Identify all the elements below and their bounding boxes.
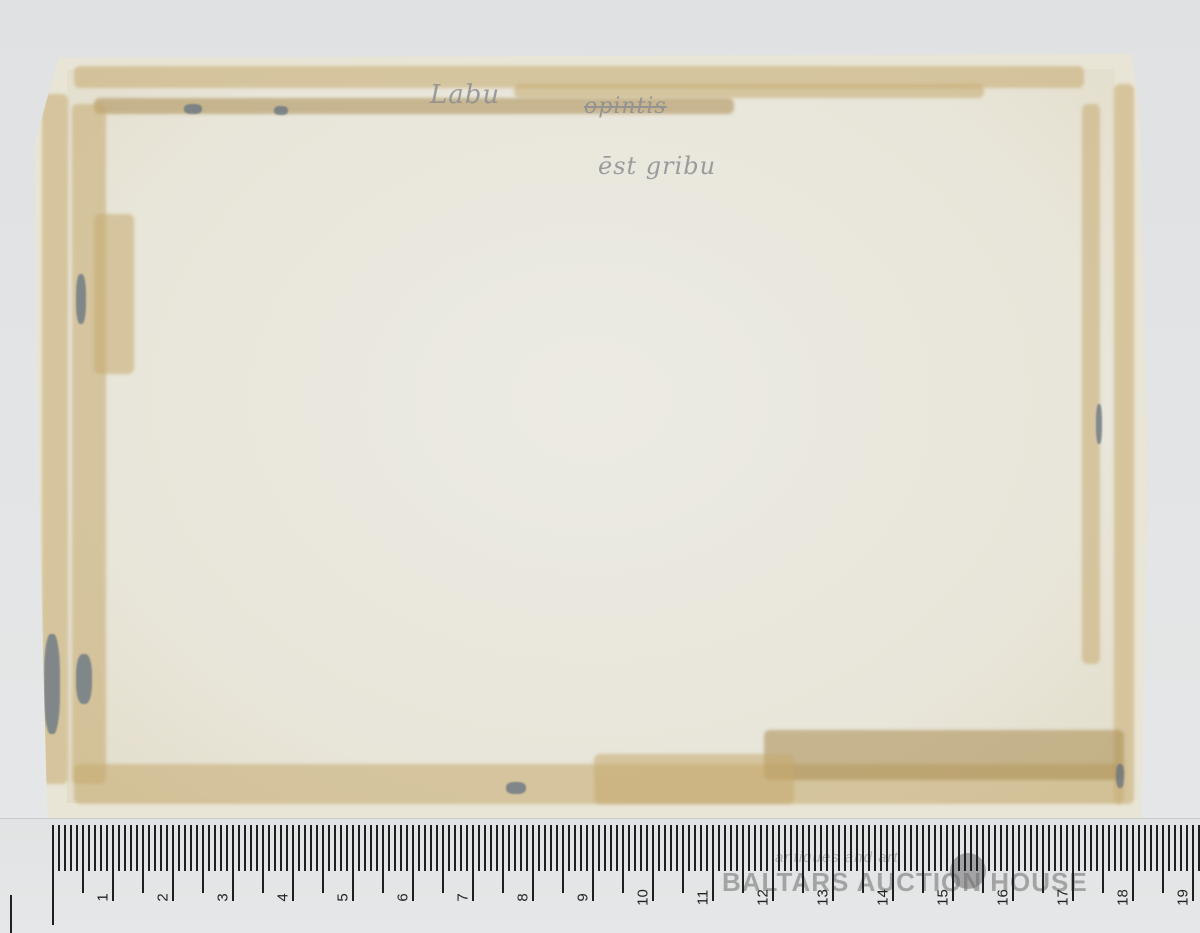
ruler-tick xyxy=(232,825,234,901)
ruler-tick xyxy=(418,825,420,871)
ruler-tick xyxy=(142,825,144,893)
ruler-tick xyxy=(268,825,270,871)
ruler-tick xyxy=(688,825,690,871)
ruler-tick xyxy=(742,825,744,893)
centimeter-ruler: antiques and art BALTARS AUCTION HOUSE 1… xyxy=(0,818,1200,933)
ruler-tick xyxy=(220,825,222,871)
ruler-tick xyxy=(628,825,630,871)
ruler-tick xyxy=(748,825,750,871)
ruler-tick xyxy=(406,825,408,871)
ruler-tick xyxy=(550,825,552,871)
ruler-tick xyxy=(256,825,258,871)
ruler-tick xyxy=(382,825,384,893)
ruler-tick xyxy=(1072,825,1074,901)
ruler-tick xyxy=(532,825,534,901)
inscription-struck-word: opintis xyxy=(584,94,667,119)
ruler-label: 15 xyxy=(935,887,952,909)
ruler-tick xyxy=(70,825,72,871)
ruler-tick xyxy=(328,825,330,871)
ruler-tick xyxy=(112,825,114,901)
ruler-tick xyxy=(226,825,228,871)
ruler-tick xyxy=(334,825,336,871)
ruler-tick xyxy=(208,825,210,871)
ruler-tick xyxy=(856,825,858,871)
ruler-tick xyxy=(250,825,252,871)
ruler-tick xyxy=(778,825,780,871)
ruler-tick xyxy=(802,825,804,893)
ruler-tick xyxy=(508,825,510,871)
ruler-tick xyxy=(76,825,78,871)
ruler-tick xyxy=(940,825,942,871)
ruler-tick xyxy=(472,825,474,901)
spot-left-3 xyxy=(76,654,92,704)
spot-top-1 xyxy=(184,104,202,114)
ruler-tick xyxy=(946,825,948,871)
ruler-label: 5 xyxy=(335,887,352,909)
ruler-tick xyxy=(154,825,156,871)
ruler-tick xyxy=(844,825,846,871)
ruler-tick xyxy=(358,825,360,871)
ruler-tick xyxy=(832,825,834,901)
ruler-tick xyxy=(160,825,162,871)
ruler-tick xyxy=(448,825,450,871)
ruler-tick xyxy=(574,825,576,871)
ruler-tick xyxy=(190,825,192,871)
ruler-tick xyxy=(934,825,936,871)
ruler-tick xyxy=(526,825,528,871)
ruler-tick xyxy=(304,825,306,871)
ruler-label: 4 xyxy=(275,887,292,909)
ruler-tick xyxy=(394,825,396,871)
ruler-tick xyxy=(718,825,720,871)
ruler-tick xyxy=(316,825,318,871)
stain-right-outer xyxy=(1114,84,1134,804)
ruler-tick xyxy=(676,825,678,871)
ruler-tick xyxy=(82,825,84,893)
ruler-tick xyxy=(520,825,522,871)
ruler-label: 2 xyxy=(155,887,172,909)
ruler-tick xyxy=(274,825,276,871)
ruler-tick xyxy=(1192,825,1194,901)
ruler-tick xyxy=(1156,825,1158,871)
ruler-tick xyxy=(280,825,282,871)
ruler-tick xyxy=(1120,825,1122,871)
ruler-tick xyxy=(544,825,546,871)
ruler-tick xyxy=(1054,825,1056,871)
ruler-tick xyxy=(1186,825,1188,871)
ruler-tick xyxy=(1036,825,1038,871)
ruler-tick xyxy=(580,825,582,871)
ruler-tick xyxy=(772,825,774,901)
ruler-tick xyxy=(868,825,870,871)
ruler-tick xyxy=(790,825,792,871)
ruler-tick xyxy=(1090,825,1092,871)
ruler-tick xyxy=(1084,825,1086,871)
ruler-tick xyxy=(466,825,468,871)
ruler-tick xyxy=(1144,825,1146,871)
ruler-tick xyxy=(814,825,816,871)
ruler-label: 1 xyxy=(95,887,112,909)
ruler-tick xyxy=(988,825,990,871)
ruler-tick xyxy=(556,825,558,871)
ruler-label: 14 xyxy=(875,887,892,909)
ruler-tick xyxy=(178,825,180,871)
ruler-tick xyxy=(616,825,618,871)
ruler-tick xyxy=(586,825,588,871)
ruler-tick xyxy=(976,825,978,871)
card-center-area xyxy=(67,69,1114,802)
ruler-tick xyxy=(1096,825,1098,871)
ruler-tick xyxy=(1168,825,1170,871)
ruler-label: 18 xyxy=(1115,887,1132,909)
ruler-tick xyxy=(664,825,666,871)
ruler-tick xyxy=(766,825,768,871)
ruler-tick xyxy=(196,825,198,871)
ruler-tick xyxy=(118,825,120,871)
spot-top-2 xyxy=(274,106,288,115)
ruler-tick xyxy=(436,825,438,871)
ruler-tick xyxy=(202,825,204,893)
ruler-tick xyxy=(862,825,864,893)
ruler-tick xyxy=(346,825,348,871)
ruler-tick xyxy=(262,825,264,893)
ruler-tick xyxy=(712,825,714,901)
ruler-tick xyxy=(292,825,294,901)
ruler-tick xyxy=(124,825,126,871)
ruler-tick xyxy=(808,825,810,871)
ruler-tick xyxy=(982,825,984,893)
ruler-tick xyxy=(136,825,138,871)
ruler-edge-mark xyxy=(10,895,12,933)
ruler-tick xyxy=(952,825,954,901)
ruler-tick xyxy=(760,825,762,871)
ruler-label: 3 xyxy=(215,887,232,909)
ruler-tick xyxy=(286,825,288,871)
ruler-tick xyxy=(850,825,852,871)
ruler-label: 7 xyxy=(455,887,472,909)
ruler-tick xyxy=(1162,825,1164,893)
ruler-tick xyxy=(784,825,786,871)
stain-bottom-center xyxy=(594,754,794,804)
ruler-tick xyxy=(454,825,456,871)
ruler-tick xyxy=(706,825,708,871)
ruler-tick xyxy=(184,825,186,871)
ruler-tick xyxy=(442,825,444,893)
ruler-tick xyxy=(736,825,738,871)
ruler-label: 13 xyxy=(815,887,832,909)
ruler-tick xyxy=(1150,825,1152,871)
photo-mount-card: Labu opintis ēst gribu xyxy=(34,54,1148,818)
ruler-tick xyxy=(928,825,930,871)
ruler-tick xyxy=(904,825,906,871)
ruler-tick xyxy=(88,825,90,871)
ruler-tick xyxy=(148,825,150,871)
ruler-tick xyxy=(1030,825,1032,871)
ruler-tick xyxy=(364,825,366,871)
ruler-tick xyxy=(490,825,492,871)
ruler-tick xyxy=(1066,825,1068,871)
ruler-tick xyxy=(598,825,600,871)
ruler-tick xyxy=(838,825,840,871)
ruler-tick xyxy=(130,825,132,871)
ruler-tick xyxy=(994,825,996,871)
ruler-tick xyxy=(634,825,636,871)
ruler-tick xyxy=(958,825,960,871)
ruler-tick xyxy=(238,825,240,871)
ruler-tick xyxy=(478,825,480,871)
stain-right-inner xyxy=(1082,104,1100,664)
ruler-tick xyxy=(496,825,498,871)
ruler-tick xyxy=(298,825,300,871)
ruler-tick xyxy=(538,825,540,871)
ruler-tick xyxy=(58,825,60,871)
spot-right-2 xyxy=(1116,764,1124,788)
ruler-tick xyxy=(700,825,702,871)
ruler-label: 17 xyxy=(1055,887,1072,909)
ruler-tick xyxy=(658,825,660,871)
ruler-tick xyxy=(724,825,726,871)
ruler-tick xyxy=(352,825,354,901)
ruler-tick xyxy=(424,825,426,871)
ruler-tick xyxy=(370,825,372,871)
ruler-label: 9 xyxy=(575,887,592,909)
ruler-tick xyxy=(1012,825,1014,901)
ruler-tick xyxy=(172,825,174,901)
ruler-label: 8 xyxy=(515,887,532,909)
ruler-tick xyxy=(898,825,900,871)
ruler-tick xyxy=(376,825,378,871)
ruler-tick xyxy=(1048,825,1050,871)
ruler-tick xyxy=(562,825,564,893)
ruler-tick xyxy=(1108,825,1110,871)
ruler-tick xyxy=(1060,825,1062,871)
ruler-tick xyxy=(1018,825,1020,871)
ruler-tick xyxy=(244,825,246,871)
ruler-tick xyxy=(670,825,672,871)
ruler-tick xyxy=(460,825,462,871)
inscription-word: Labu xyxy=(430,80,500,110)
ruler-tick xyxy=(694,825,696,871)
ruler-label: 11 xyxy=(695,887,712,909)
ruler-tick xyxy=(970,825,972,871)
ruler-tick xyxy=(340,825,342,871)
ruler-label: 19 xyxy=(1175,887,1192,909)
ruler-tick xyxy=(52,825,54,925)
ruler-label: 12 xyxy=(755,887,772,909)
ruler-tick xyxy=(730,825,732,871)
inscription-second-line: ēst gribu xyxy=(598,152,716,180)
ruler-tick xyxy=(1000,825,1002,871)
ruler-label: 16 xyxy=(995,887,1012,909)
ruler-tick xyxy=(1024,825,1026,871)
ruler-tick xyxy=(874,825,876,871)
ruler-tick xyxy=(892,825,894,901)
ruler-tick xyxy=(592,825,594,901)
ruler-tick xyxy=(1078,825,1080,871)
ruler-tick xyxy=(826,825,828,871)
spot-left-1 xyxy=(76,274,86,324)
ruler-tick xyxy=(622,825,624,893)
ruler-tick xyxy=(652,825,654,901)
stain-left-drip xyxy=(94,214,134,374)
ruler-tick xyxy=(166,825,168,871)
ruler-tick xyxy=(922,825,924,893)
stain-bottom-right xyxy=(764,730,1124,780)
ruler-tick xyxy=(964,825,966,871)
spot-right-1 xyxy=(1096,404,1102,444)
ruler-tick xyxy=(1114,825,1116,871)
watermark-name: BALTARS AUCTION HOUSE xyxy=(722,867,1088,898)
ruler-tick xyxy=(388,825,390,871)
ruler-tick xyxy=(610,825,612,871)
ruler-tick xyxy=(1138,825,1140,871)
ruler-label: 10 xyxy=(635,887,652,909)
spot-left-2 xyxy=(44,634,60,734)
ruler-tick xyxy=(1126,825,1128,871)
ruler-tick xyxy=(1042,825,1044,893)
ruler-tick xyxy=(880,825,882,871)
ruler-tick xyxy=(502,825,504,893)
ruler-tick xyxy=(214,825,216,871)
ruler-tick xyxy=(1102,825,1104,893)
ruler-tick xyxy=(646,825,648,871)
ruler-tick xyxy=(820,825,822,871)
ruler-tick xyxy=(886,825,888,871)
ruler-tick xyxy=(1174,825,1176,871)
ruler-tick xyxy=(1132,825,1134,901)
ruler-tick xyxy=(640,825,642,871)
ruler-tick xyxy=(514,825,516,871)
ruler-tick xyxy=(1180,825,1182,871)
ruler-tick xyxy=(484,825,486,871)
ruler-tick xyxy=(754,825,756,871)
ruler-tick xyxy=(796,825,798,871)
ruler-tick xyxy=(916,825,918,871)
ruler-tick xyxy=(64,825,66,871)
ruler-tick xyxy=(604,825,606,871)
ruler-tick xyxy=(910,825,912,871)
ruler-tick xyxy=(310,825,312,871)
ruler-tick xyxy=(1198,825,1200,871)
ruler-tick xyxy=(568,825,570,871)
ruler-tick xyxy=(430,825,432,871)
ruler-tick xyxy=(412,825,414,901)
ruler-tick xyxy=(400,825,402,871)
ruler-tick xyxy=(100,825,102,871)
ruler-tick xyxy=(106,825,108,871)
spot-bottom-1 xyxy=(506,782,526,794)
ruler-tick xyxy=(682,825,684,893)
ruler-tick xyxy=(1006,825,1008,871)
ruler-label: 6 xyxy=(395,887,412,909)
ruler-tick xyxy=(94,825,96,871)
ruler-tick xyxy=(322,825,324,893)
